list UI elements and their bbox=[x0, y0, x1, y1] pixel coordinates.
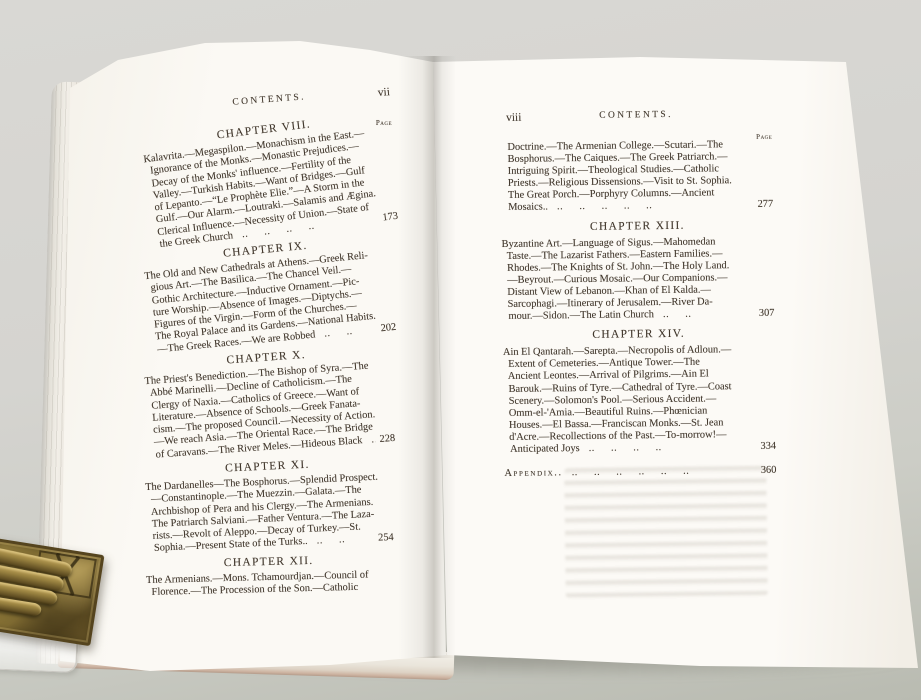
chapter-entry: CHAPTER XI. The Dardanelles—The Bosphoru… bbox=[144, 454, 394, 556]
left-page-content: CONTENTS. vii Page CHAPTER VIII. Kalavri… bbox=[146, 86, 392, 594]
chapter-heading: CHAPTER XIII. bbox=[501, 217, 773, 235]
chapter-entry: CHAPTER XIII. Byzantine Art.—Language of… bbox=[501, 217, 774, 323]
dot-leaders: .. bbox=[362, 435, 376, 448]
page-number: 173 bbox=[382, 211, 399, 225]
show-through-text bbox=[564, 466, 768, 598]
brass-hand-pageweight bbox=[0, 538, 105, 646]
chapter-entry: CHAPTER XIV. Ain El Qantarah.—Sarepta.—N… bbox=[503, 326, 777, 456]
chapter-body: The Dardanelles—The Bosphorus.—Splendid … bbox=[145, 471, 394, 544]
book-gutter-shadow bbox=[398, 56, 456, 658]
chapter-last-text: Mosaics.. bbox=[508, 202, 548, 215]
running-head: CONTENTS. bbox=[500, 109, 772, 122]
chapter-heading: CHAPTER XIV. bbox=[503, 326, 775, 344]
chapter-last-text: mour.—Sidon.—The Latin Church bbox=[508, 309, 654, 323]
dot-leaders: .. .. bbox=[654, 308, 755, 321]
appendix-label: Appendix.. bbox=[504, 467, 562, 479]
dot-leaders: .. .. .. .. bbox=[580, 441, 757, 455]
chapter-entry: CHAPTER X. The Priest's Benediction.—The… bbox=[143, 343, 396, 463]
page-column-label: Page bbox=[756, 133, 772, 141]
chapter-last-line: mour.—Sidon.—The Latin Church .. .. 307 bbox=[502, 308, 774, 323]
dot-leaders: .. .. .. .. .. bbox=[548, 199, 754, 214]
chapter-continuation: Doctrine.—The Armenian College.—Scutari.… bbox=[500, 139, 773, 215]
right-running-head-row: viii CONTENTS. bbox=[500, 109, 772, 126]
running-head: CONTENTS. bbox=[146, 86, 392, 114]
chapter-last-line: Anticipated Joys .. .. .. .. 334 bbox=[504, 441, 776, 456]
right-page-content: viii CONTENTS. Page Doctrine.—The Armeni… bbox=[500, 109, 776, 479]
chapter-body: Doctrine.—The Armenian College.—Scutari.… bbox=[507, 139, 773, 203]
chapter-entry: CHAPTER XII. The Armenians.—Mons. Tchamo… bbox=[146, 552, 393, 600]
page-number: 334 bbox=[760, 441, 776, 453]
page-number: 360 bbox=[761, 465, 777, 476]
dot-leaders: .. .. bbox=[307, 533, 374, 548]
chapter-body: Ain El Qantarah.—Sarepta.—Necropolis of … bbox=[503, 344, 776, 444]
chapter-last-line: Mosaics.. .. .. .. .. .. 277 bbox=[508, 199, 773, 214]
page-number: 228 bbox=[379, 433, 395, 446]
folio-number: viii bbox=[506, 112, 521, 124]
page-number: 254 bbox=[378, 532, 394, 545]
page-number: 307 bbox=[759, 308, 775, 320]
chapter-body: Byzantine Art.—Language of Sigus.—Mahome… bbox=[502, 235, 775, 311]
book-photo-scene: CONTENTS. vii Page CHAPTER VIII. Kalavri… bbox=[0, 0, 921, 700]
chapter-last-text: Anticipated Joys bbox=[510, 443, 580, 456]
chapter-entry: CHAPTER VIII. Kalavrita.—Megaspilon.—Mon… bbox=[141, 108, 399, 252]
chapter-entry: CHAPTER IX. The Old and New Cathedrals a… bbox=[142, 232, 397, 358]
page-number: 277 bbox=[757, 199, 773, 211]
folio-number: vii bbox=[377, 86, 390, 99]
page-number: 202 bbox=[380, 322, 397, 336]
